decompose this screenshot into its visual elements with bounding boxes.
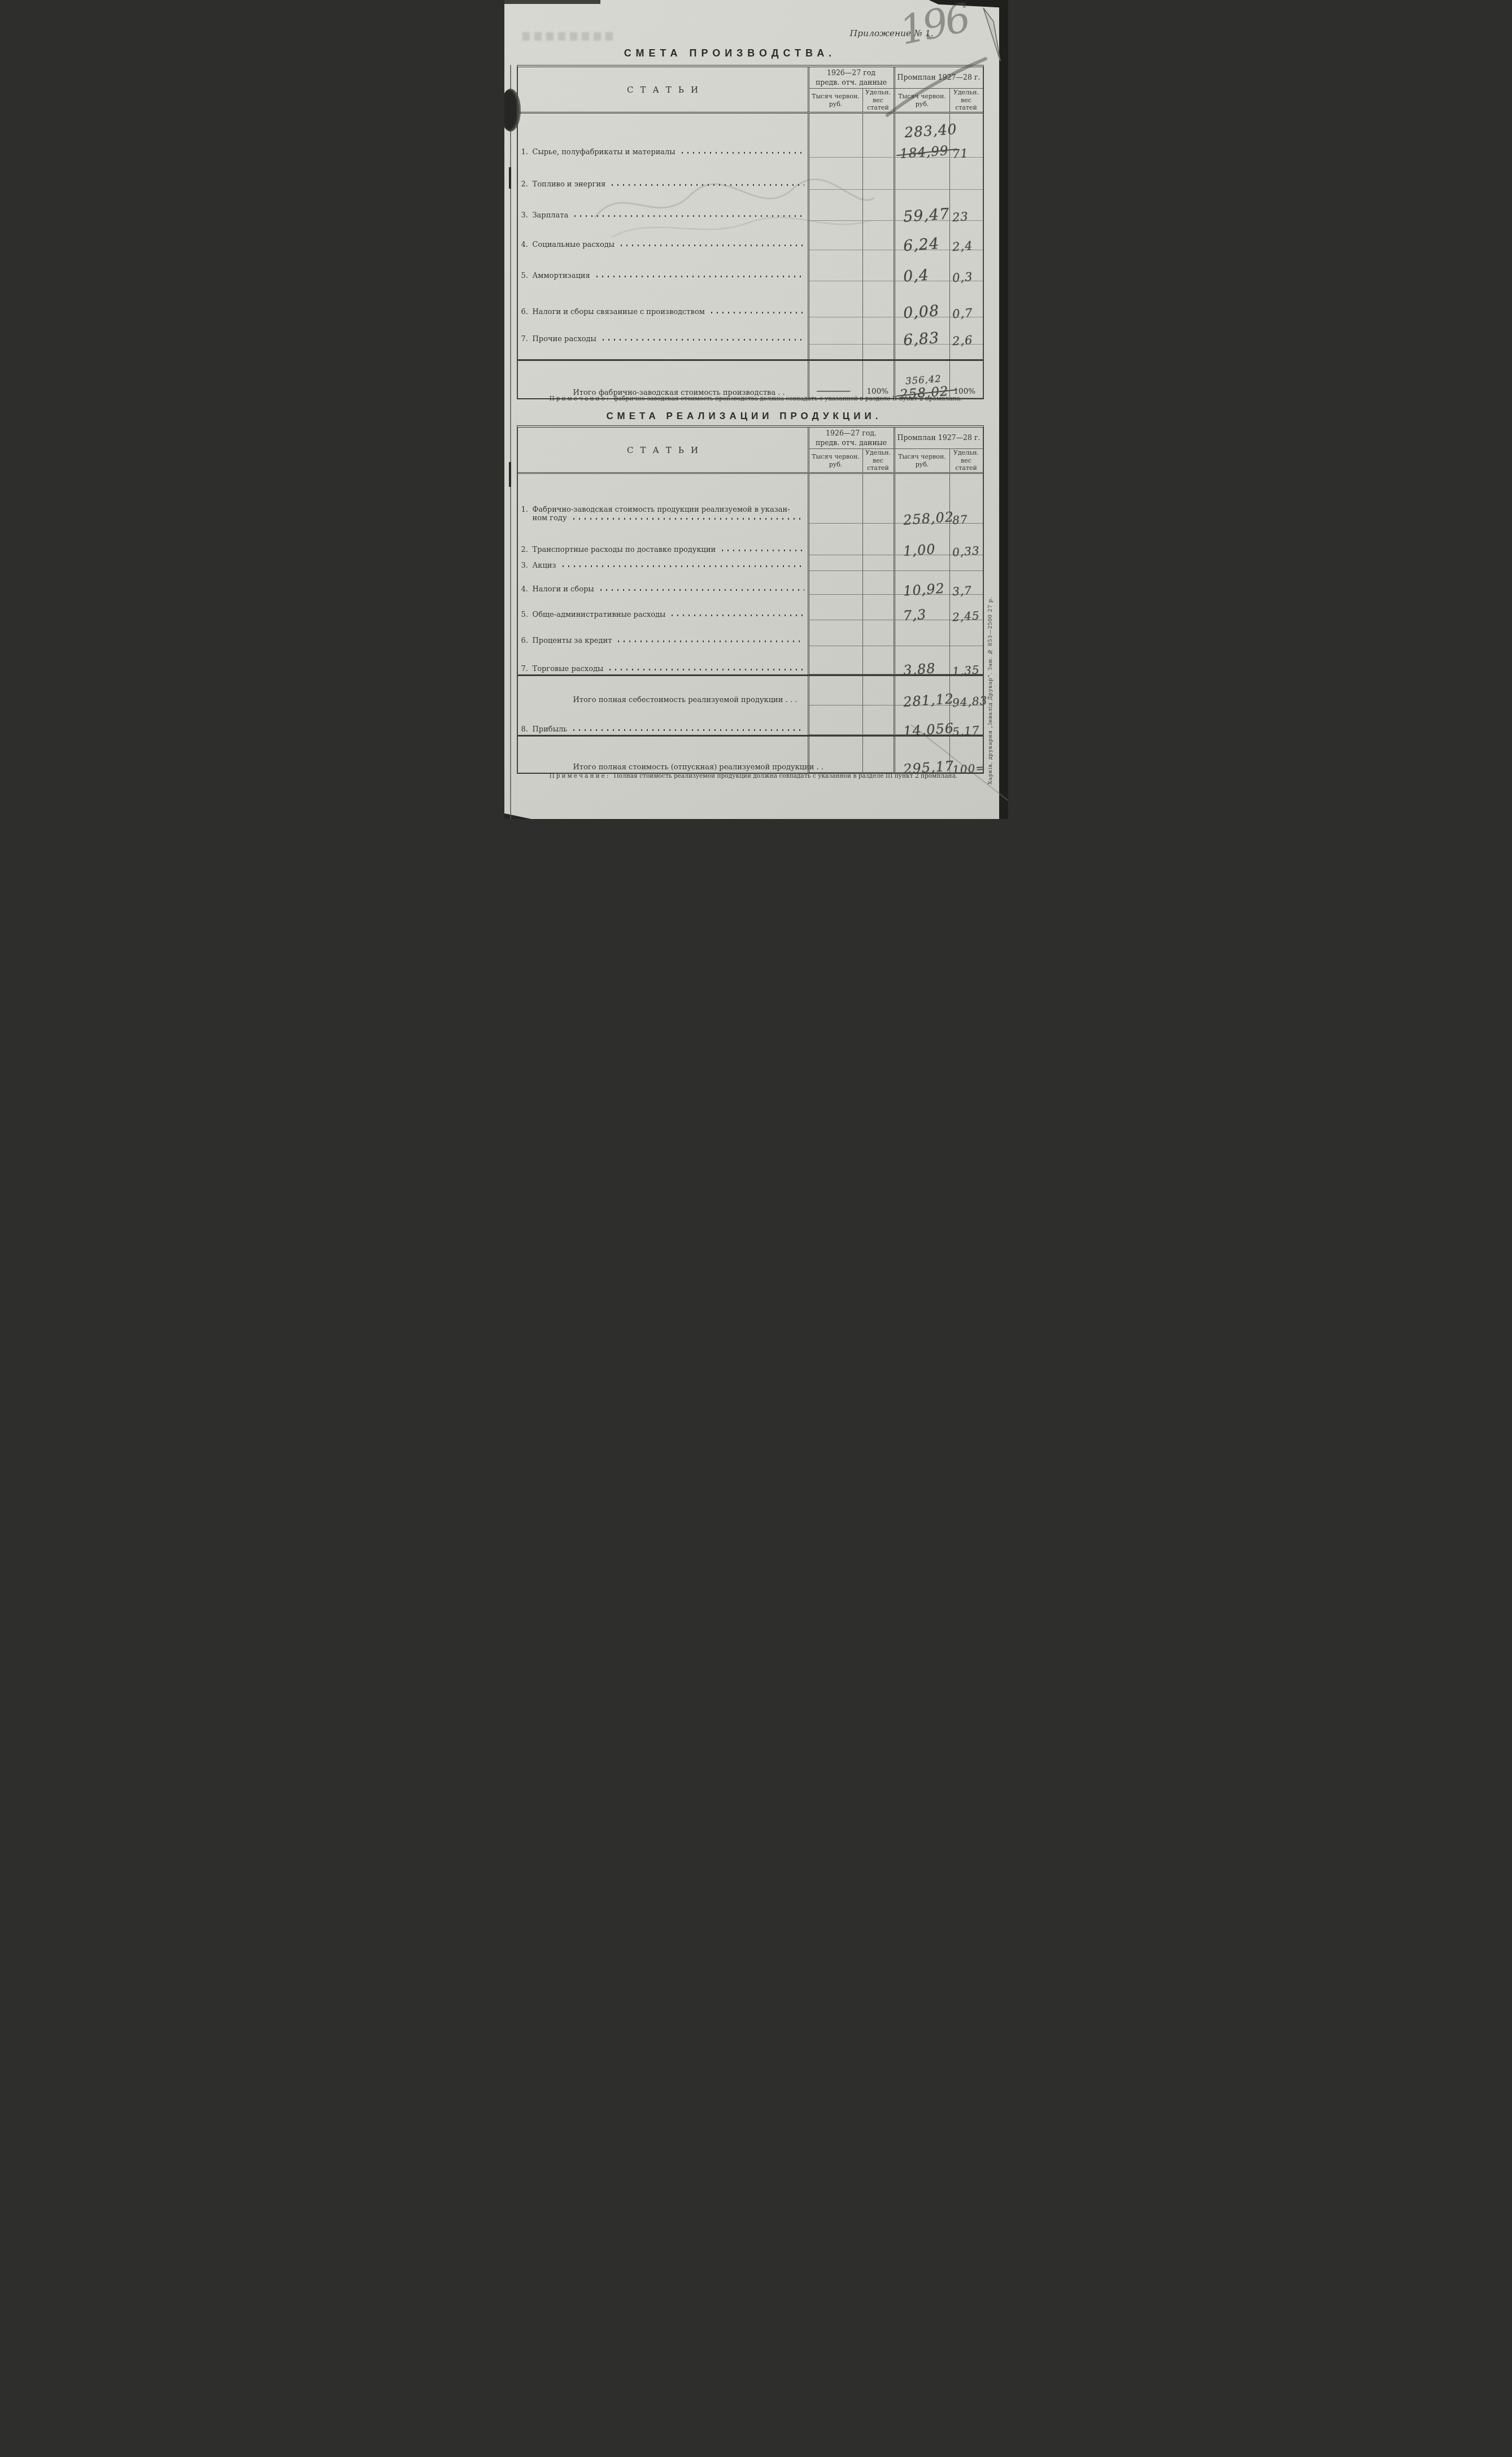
column-header-articles: СТАТЬИ xyxy=(518,67,809,112)
row-number: 3. xyxy=(521,211,533,220)
table-row: 8. Прибыль 14,056 5,17 xyxy=(518,705,983,735)
handwritten-page-number: 196 xyxy=(895,0,972,54)
dot-leader xyxy=(574,215,804,217)
percent-total-plan: 100% xyxy=(954,387,976,396)
dot-leader xyxy=(671,614,804,617)
row-number: 1. xyxy=(521,148,533,156)
group-promplan-label: Промплан 1927—28 г. xyxy=(897,433,981,442)
row-label: Прочие расходы xyxy=(533,335,596,343)
dot-leader xyxy=(602,338,804,341)
handwritten-value: 6,83 xyxy=(902,329,939,349)
note-label: Примечание: xyxy=(550,773,611,779)
row-label: Топливо и энергия xyxy=(533,180,606,189)
handwritten-weight: 0,7 xyxy=(952,306,973,321)
subheader-thousands-1926: Тысяч червон. руб. xyxy=(809,89,863,112)
column-group-1926: 1926—27 год. предв. отч. данные xyxy=(809,428,895,449)
row-label: Акциз xyxy=(533,561,556,570)
handwritten-value: 0,08 xyxy=(902,302,939,322)
dot-leader xyxy=(620,244,804,247)
table-row: 6. Проценты за кредит xyxy=(518,620,983,646)
row-label: Обще-административные расходы xyxy=(533,611,666,619)
printer-imprint: Харків, друкарня „Інвалід Друкар". Зам. … xyxy=(986,562,994,819)
dot-leader xyxy=(681,151,804,154)
table-row: 7. Прочие расходы 6,83 2,6 xyxy=(518,317,983,345)
scan-edge-right xyxy=(999,0,1008,819)
note-label: Примечание: xyxy=(550,395,611,402)
row-number: 4. xyxy=(521,241,533,249)
row-label: Социальные расходы xyxy=(533,241,615,249)
handwritten-weight: 23 xyxy=(952,210,969,224)
group-1926-line2: предв. отч. данные xyxy=(816,78,887,87)
row-label: Аммортизация xyxy=(533,272,590,280)
handwritten-weight: 94,83 xyxy=(952,694,988,709)
handwritten-value: 1,00 xyxy=(903,541,936,559)
dot-leader xyxy=(711,311,804,314)
table-row: 1. Фабрично-заводская стоимость продукци… xyxy=(518,474,983,524)
subheader-thousands-1926: Тысяч червон. руб. xyxy=(809,449,863,472)
table-row: 5. Обще-административные расходы 7,3 2,4… xyxy=(518,595,983,620)
subheader-thousands-plan: Тысяч червон. руб. xyxy=(895,449,950,472)
table-header: СТАТЬИ 1926—27 год. предв. отч. данные П… xyxy=(518,428,983,474)
document-title-production: СМЕТА ПРОИЗВОДСТВА. xyxy=(567,47,894,59)
dot-leader xyxy=(721,549,804,552)
handwritten-weight: 0,3 xyxy=(952,270,973,285)
dot-leader xyxy=(573,729,804,731)
column-group-promplan: Промплан 1927—28 г. xyxy=(895,67,983,89)
table-row: 7. Торговые расходы 3,88 1,35 xyxy=(518,646,983,674)
row-label: Торговые расходы xyxy=(533,665,604,673)
handwritten-value: 6,24 xyxy=(902,235,939,255)
handwritten-value: 3,88 xyxy=(903,660,936,678)
dot-leader xyxy=(573,517,804,520)
column-group-1926: 1926—27 год предв. отч. данные xyxy=(809,67,895,89)
row-label-line1: Фабрично-заводская стоимость продукции р… xyxy=(533,506,790,514)
row-label: Проценты за кредит xyxy=(533,637,612,645)
row-number: 5. xyxy=(521,611,533,619)
group-1926-line1: 1926—27 год. xyxy=(826,429,877,438)
handwritten-weight: 71 xyxy=(952,146,969,161)
table-row: 1. Сырье, полуфабрикаты и материалы 283,… xyxy=(518,114,983,158)
scan-edge-top-left xyxy=(504,0,600,4)
dot-leader xyxy=(609,668,804,671)
row-label: Налоги и сборы xyxy=(533,585,594,594)
dot-leader xyxy=(611,184,804,186)
handwritten-weight: 100= xyxy=(952,761,986,777)
subheader-weight-1926: Удельн. вес статей xyxy=(863,89,895,112)
row-number: 2. xyxy=(521,546,533,554)
handwritten-weight: 3,7 xyxy=(952,583,972,598)
subtotal-label: Итого полная себестоимость реализуемой п… xyxy=(573,696,798,704)
table-row: 2. Топливо и энергия xyxy=(518,158,983,190)
subheader-weight-plan: Удельн. вес статей xyxy=(950,89,983,112)
row-label: Налоги и сборы связанные с производством xyxy=(533,308,705,316)
row-label-line2: ном году xyxy=(533,514,567,522)
row-label: Прибыль xyxy=(533,725,568,734)
table-row: 4. Налоги и сборы 10,92 3,7 xyxy=(518,571,983,595)
table-row: 2. Транспортные расходы по доставке прод… xyxy=(518,524,983,555)
handwritten-value: 7,3 xyxy=(903,607,927,624)
row-number: 1. xyxy=(521,506,533,514)
row-label: Зарплата xyxy=(533,211,569,220)
row-number: 3. xyxy=(521,561,533,570)
handwritten-weight: 87 xyxy=(952,512,968,527)
handwritten-dash: — xyxy=(815,385,853,397)
handwritten-weight: 0,33 xyxy=(952,543,980,559)
group-promplan-label: Промплан 1927—28 г. xyxy=(897,73,981,82)
handwritten-weight: 5,17 xyxy=(952,723,980,738)
document-title-sales: СМЕТА РЕАЛИЗАЦИИ ПРОДУКЦИИ. xyxy=(583,411,905,422)
row-number: 6. xyxy=(521,637,533,645)
subheader-weight-plan: Удельн. вес статей xyxy=(950,449,983,472)
handwritten-weight: 2,6 xyxy=(952,333,973,348)
sales-estimate-table: СТАТЬИ 1926—27 год. предв. отч. данные П… xyxy=(517,425,984,774)
row-number: 2. xyxy=(521,180,533,189)
dot-leader xyxy=(596,275,804,278)
dot-leader xyxy=(600,589,804,591)
row-label: Транспортные расходы по доставке продукц… xyxy=(533,546,716,554)
dot-leader xyxy=(617,640,804,643)
table-header: СТАТЬИ 1926—27 год предв. отч. данные Пр… xyxy=(518,67,983,114)
total-row: Итого фабрично-заводская стоимость произ… xyxy=(518,359,983,398)
row-number: 5. xyxy=(521,272,533,280)
subtotal-row: Итого полная себестоимость реализуемой п… xyxy=(518,674,983,705)
table-row: 5. Аммортизация 0,4 0,3 xyxy=(518,250,983,281)
table-row: 4. Социальные расходы 6,24 2,4 xyxy=(518,221,983,250)
bleedthrough-text-smudge xyxy=(522,32,613,41)
production-estimate-table: СТАТЬИ 1926—27 год предв. отч. данные Пр… xyxy=(517,65,984,399)
percent-total-1926: 100% xyxy=(867,387,889,396)
column-header-articles: СТАТЬИ xyxy=(518,428,809,472)
margin-mark xyxy=(509,462,511,487)
row-number: 4. xyxy=(521,585,533,594)
handwritten-value: 59,47 xyxy=(903,205,950,226)
row-number: 6. xyxy=(521,308,533,316)
row-label: Сырье, полуфабрикаты и материалы xyxy=(533,148,676,156)
table-row: 6. Налоги и сборы связанные с производст… xyxy=(518,281,983,317)
row-number: 8. xyxy=(521,725,533,734)
handwritten-value: 0,4 xyxy=(902,266,929,285)
group-1926-line2: предв. отч. данные xyxy=(816,438,887,447)
margin-mark xyxy=(509,167,511,189)
subheader-thousands-plan: Тысяч червон. руб. xyxy=(895,89,950,112)
handwritten-value: 10,92 xyxy=(903,580,945,599)
row-number: 7. xyxy=(521,665,533,673)
scanned-document-page: Приложение № 1. 196 СМЕТА ПРОИЗВОДСТВА. … xyxy=(504,0,1008,819)
dot-leader xyxy=(562,565,804,568)
group-1926-line1: 1926—27 год xyxy=(827,68,875,77)
row-number: 7. xyxy=(521,335,533,343)
total-label: Итого полная стоимость (отпускная) реали… xyxy=(573,763,824,772)
subheader-weight-1926: Удельн. вес статей xyxy=(863,449,895,472)
table-row: 3. Зарплата 59,47 23 xyxy=(518,190,983,221)
handwritten-weight: 2,45 xyxy=(952,608,980,624)
scan-edge-bottom-left xyxy=(504,813,531,819)
handwritten-weight: 2,4 xyxy=(952,239,973,254)
total-row: Итого полная стоимость (отпускная) реали… xyxy=(518,735,983,773)
handwritten-weight: 1,35 xyxy=(952,663,980,678)
column-group-promplan: Промплан 1927—28 г. xyxy=(895,428,983,449)
